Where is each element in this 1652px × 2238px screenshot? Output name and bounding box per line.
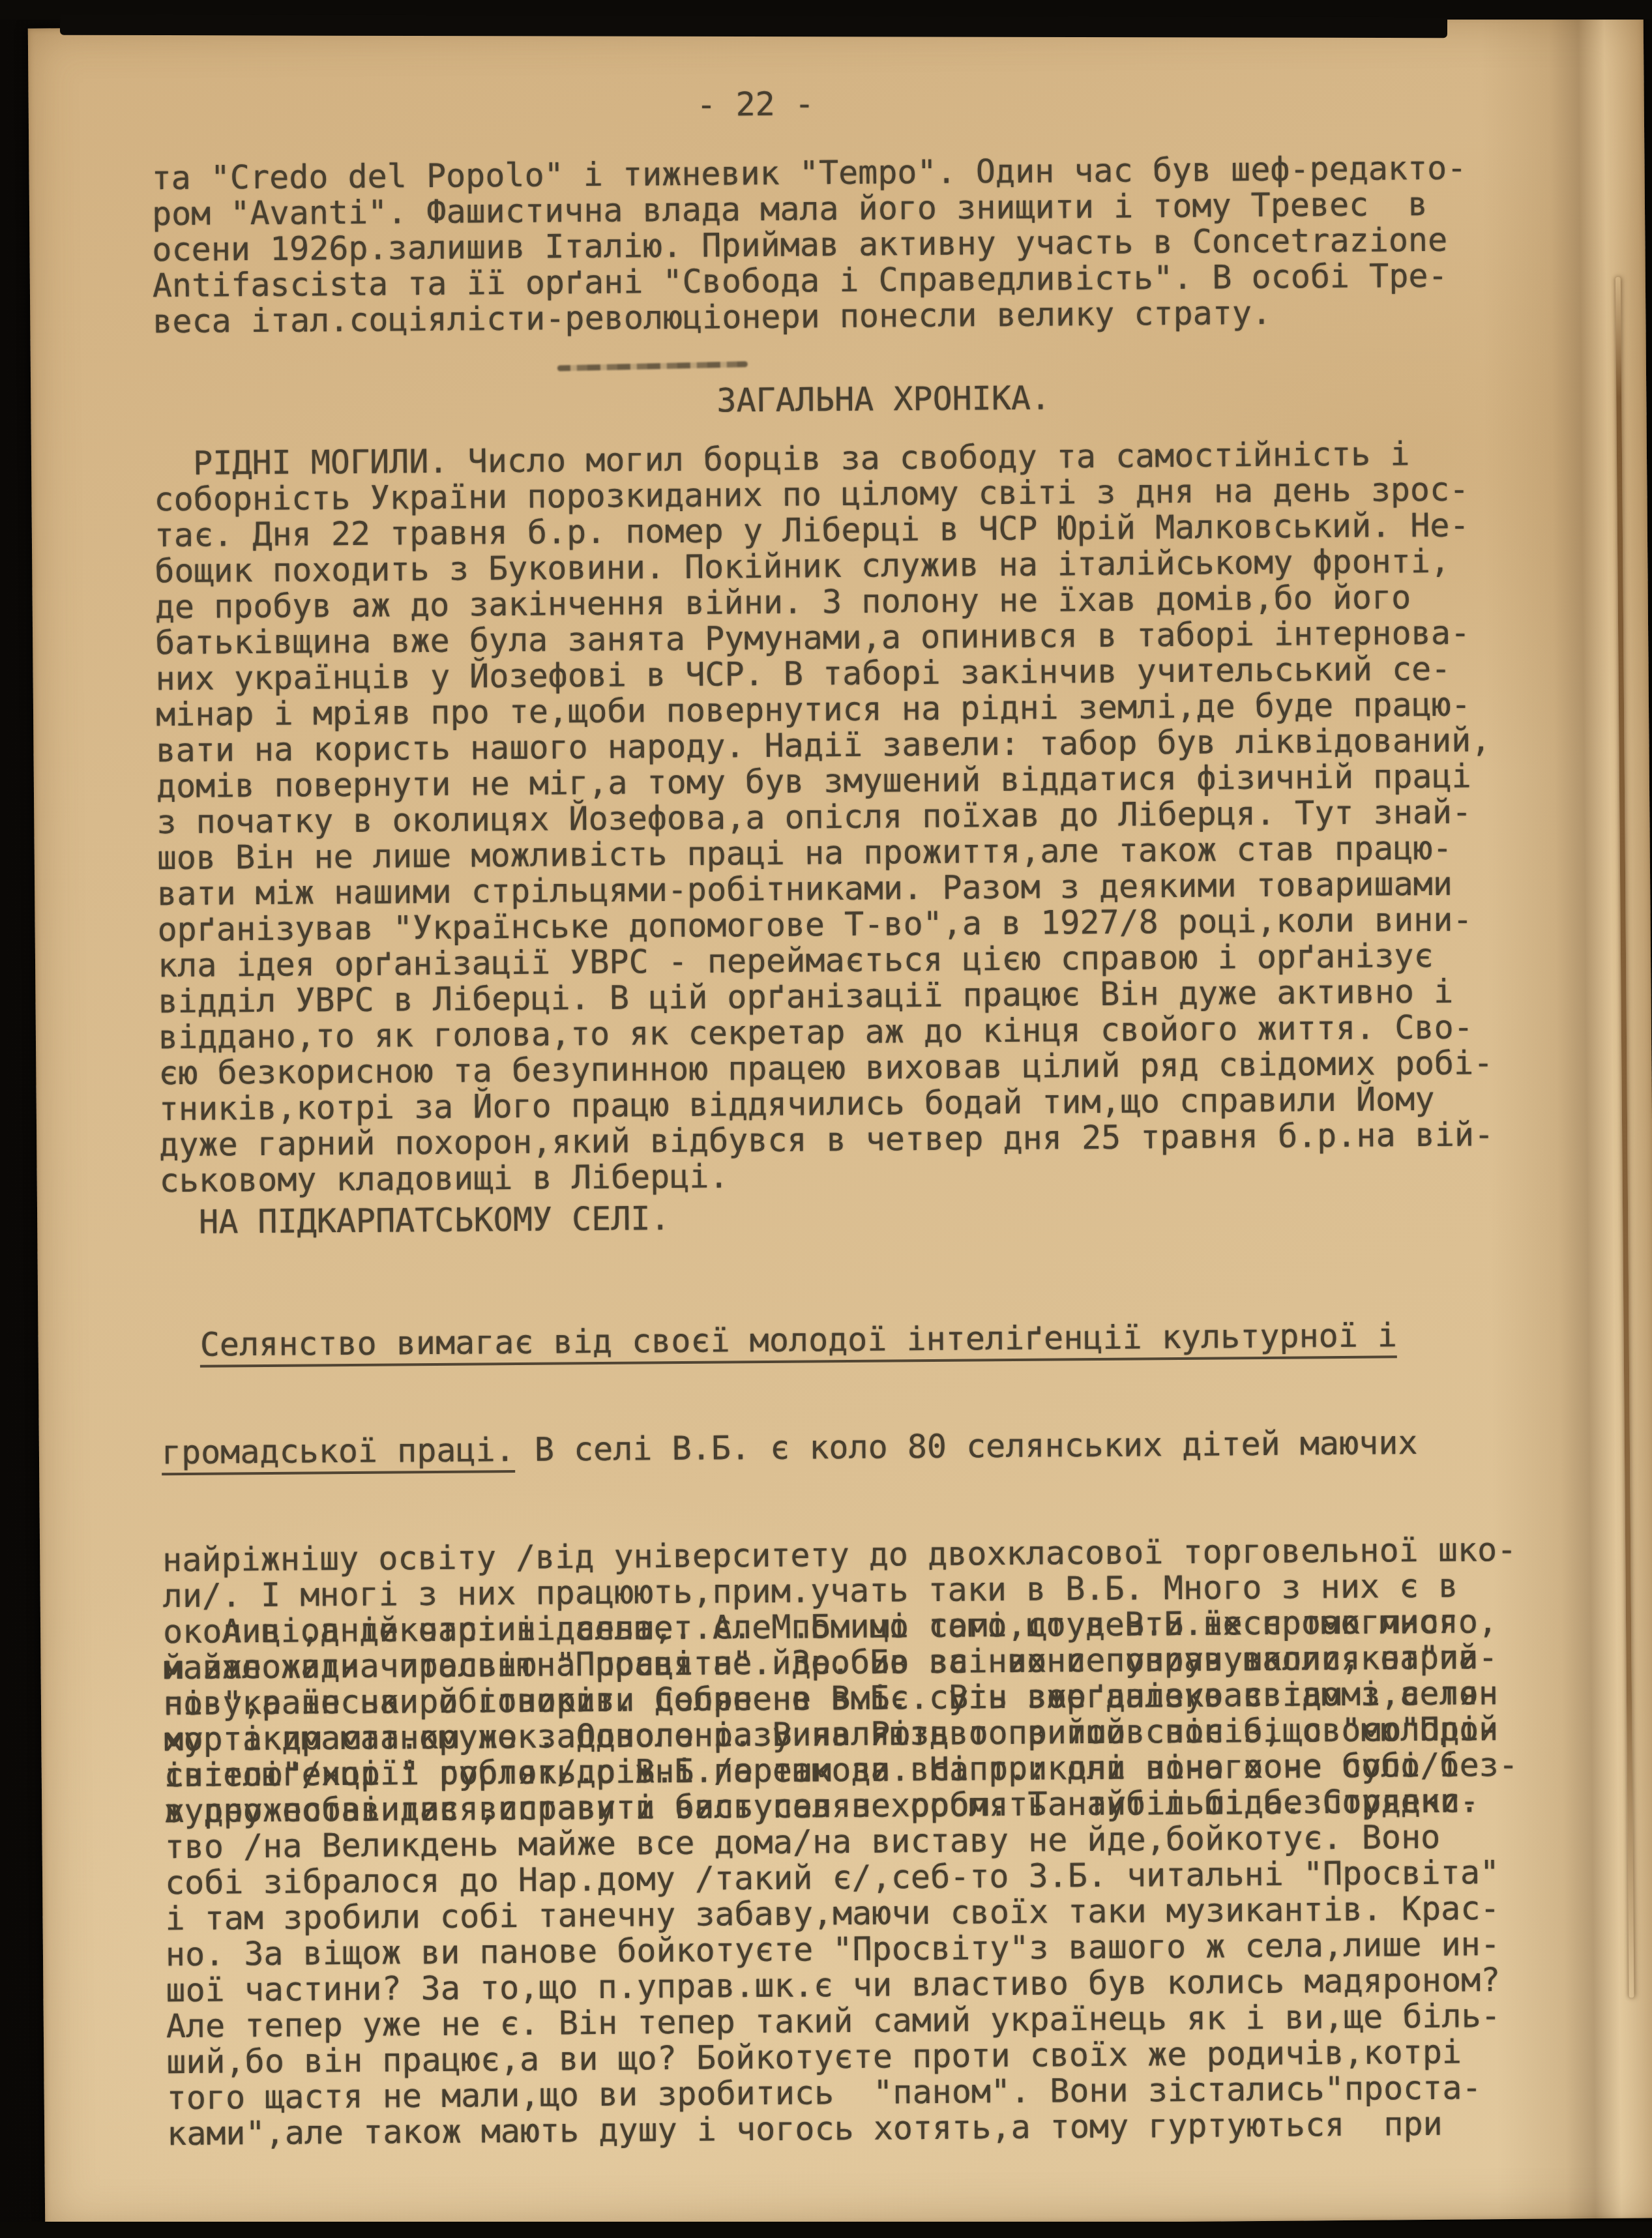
section-heading-subcarpathian-village: НА ПІДКАРПАТСЬКОМУ СЕЛІ. [160, 1194, 1574, 1241]
scan-edge-top-inner [60, 14, 1447, 38]
scan-edge-bottom [0, 2222, 1652, 2238]
native-graves-paragraph: РІДНІ МОГИЛИ. Число могил борців за своб… [154, 435, 1535, 1200]
underlined-text: Селянство вимагає від своєї молодої інте… [200, 1316, 1398, 1367]
text-line: громадської праці. В селі В.Б. є коло 80… [162, 1424, 1537, 1471]
document-page: - 22 - та "Credo del Popolo" і тижневик … [28, 16, 1652, 2230]
intro-paragraph: та "Credo del Popolo" і тижневик "Tempo"… [151, 150, 1528, 340]
text-run: В селі В.Б. є коло 80 селянських дітей м… [515, 1424, 1418, 1469]
second-village-paragraph: А в одній частині села,т.є. М.Б. ці самі… [163, 1604, 1542, 2153]
scanned-document-background: - 22 - та "Credo del Popolo" і тижневик … [0, 0, 1652, 2238]
section-heading-general-chronicle: ЗАГАЛЬНА ХРОНІКА. [153, 377, 1529, 424]
text-line: Селянство вимагає від своєї молодої інте… [160, 1317, 1536, 1364]
ink-smudge [557, 361, 748, 371]
page-number: - 22 - [29, 81, 1482, 128]
paragraph-indent [160, 1326, 200, 1364]
underlined-text: громадської праці. [162, 1431, 515, 1475]
